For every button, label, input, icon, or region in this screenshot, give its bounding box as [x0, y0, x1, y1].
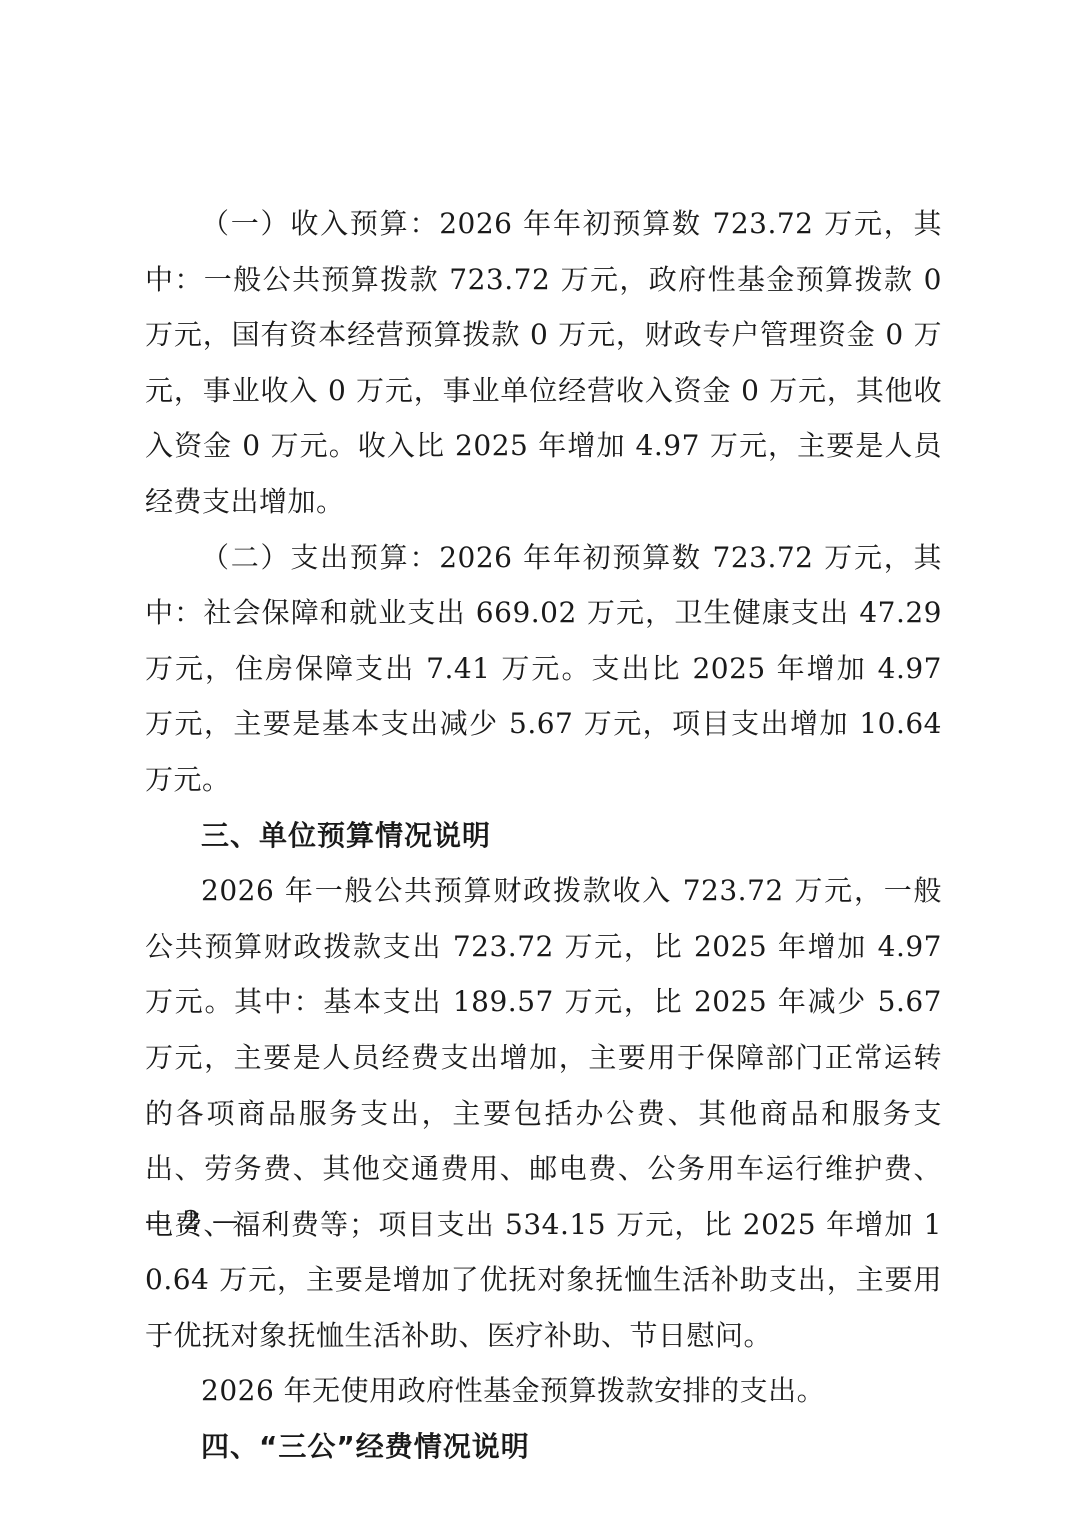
document-body: （一）收入预算：2026 年年初预算数 723.72 万元，其中：一般公共预算拨…	[145, 196, 942, 1475]
income-budget-paragraph: （一）收入预算：2026 年年初预算数 723.72 万元，其中：一般公共预算拨…	[145, 196, 942, 530]
section-heading-three-public-expenses: 四、“三公”经费情况说明	[145, 1419, 942, 1475]
general-public-budget-paragraph: 2026 年一般公共预算财政拨款收入 723.72 万元，一般公共预算财政拨款支…	[145, 863, 942, 1363]
expenditure-budget-paragraph: （二）支出预算：2026 年年初预算数 723.72 万元，其中：社会保障和就业…	[145, 530, 942, 808]
section-heading-unit-budget: 三、单位预算情况说明	[145, 808, 942, 864]
government-fund-paragraph: 2026 年无使用政府性基金预算拨款安排的支出。	[145, 1363, 942, 1419]
page-number: — 2 —	[145, 1206, 240, 1236]
